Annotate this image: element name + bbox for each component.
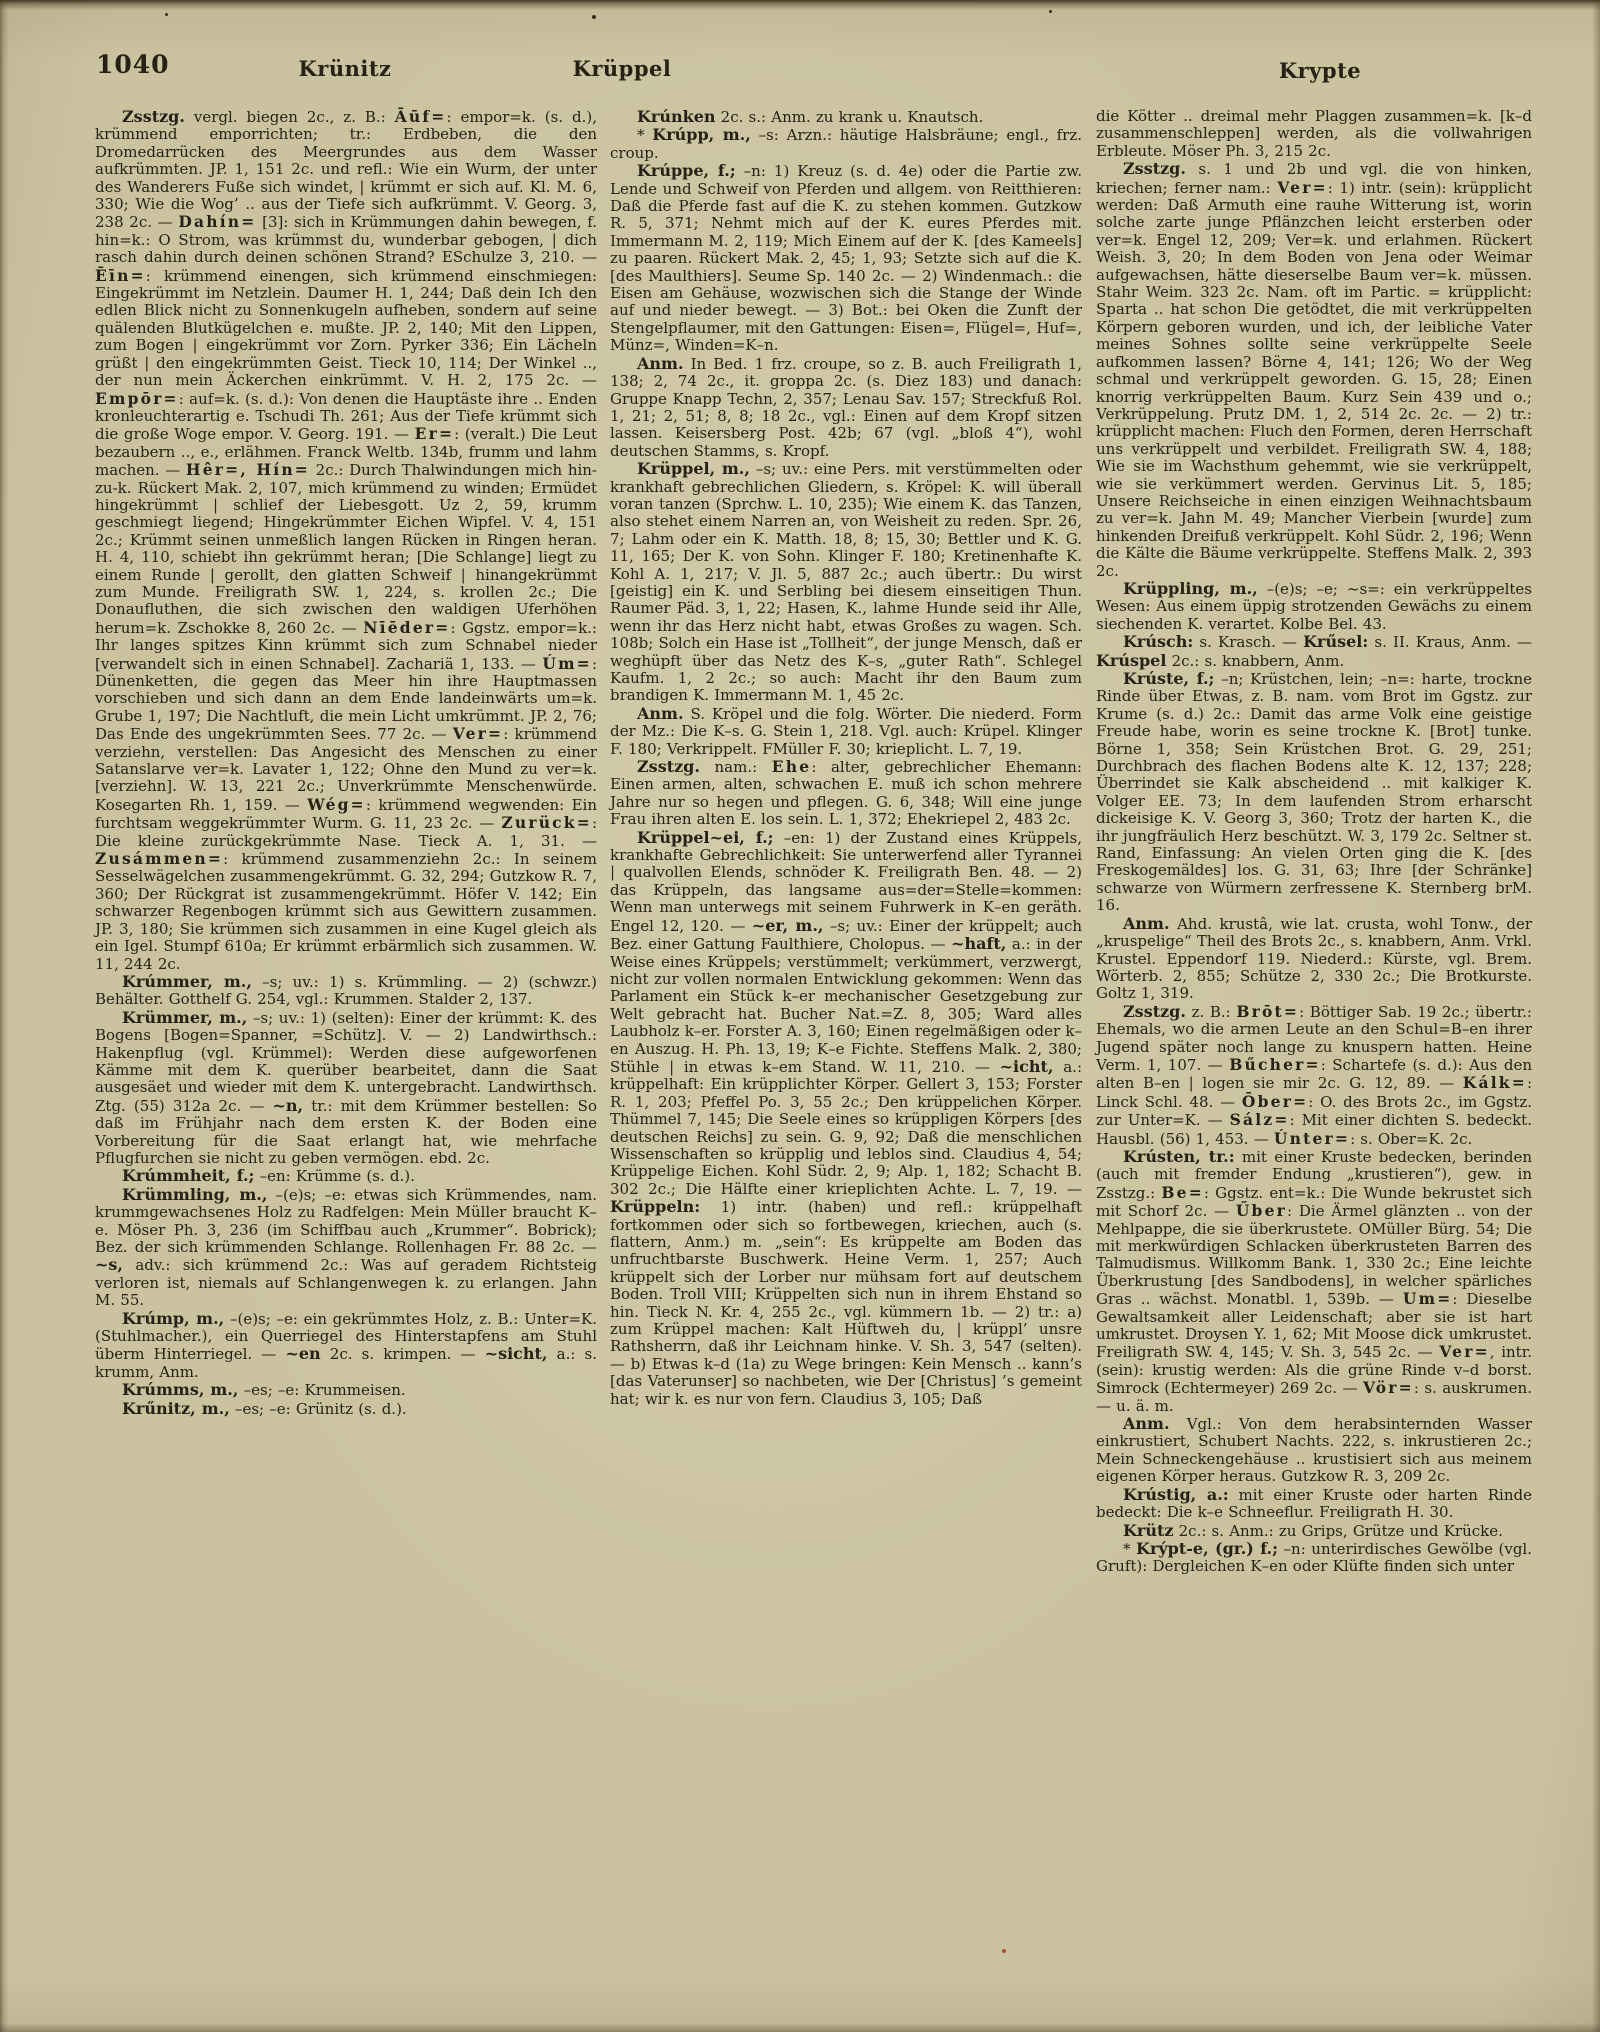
dictionary-paragraph: Anm. Vgl.: Von dem herabsinternden Wasse…: [1096, 1415, 1532, 1486]
dictionary-paragraph: Krüppel~ei, f.; –en: 1) der Zustand eine…: [610, 829, 1082, 1408]
dictionary-paragraph: Krúmp, m., –(e)s; –e: ein gekrümmtes Hol…: [95, 1310, 597, 1382]
entry-headword: ~s,: [95, 1255, 123, 1274]
ink-speck: [592, 15, 596, 19]
entry-headword: Anm.: [1123, 914, 1170, 933]
entry-headword: Zsstzg.: [1123, 159, 1186, 178]
compound-headword: Āūf=: [395, 107, 447, 126]
compound-headword: Sálz=: [1230, 1110, 1290, 1129]
compound-headword: Hêr=, Hín=: [186, 460, 310, 479]
entry-headword: Krúpp, m.,: [652, 125, 751, 144]
dictionary-paragraph: Krústig, a.: mit einer Kruste oder harte…: [1096, 1486, 1532, 1522]
red-speck: [1002, 1949, 1006, 1953]
dictionary-paragraph: Zsstzg. s. 1 und 2b und vgl. die von hin…: [1096, 160, 1532, 580]
dictionary-paragraph: Krüppling, m., –(e)s; –e; ~s=: ein verkr…: [1096, 580, 1532, 633]
dictionary-paragraph: Krúmmer, m., –s; uv.: 1) s. Krümmling. —…: [95, 973, 597, 1009]
compound-headword: Zusámmen=: [95, 849, 223, 868]
dictionary-paragraph: Zsstzg. vergl. biegen 2c., z. B.: Āūf=: …: [95, 108, 597, 973]
entry-headword: ~icht,: [1000, 1057, 1054, 1076]
dictionary-paragraph: Anm. In Bed. 1 frz. croupe, so z. B. auc…: [610, 355, 1082, 460]
compound-headword: Empōr=: [95, 389, 179, 408]
entry-headword: Anm.: [637, 704, 684, 723]
entry-headword: Anm.: [637, 354, 684, 373]
entry-headword: Krúnken: [637, 107, 716, 126]
dictionary-paragraph: Krúppe, f.; –n: 1) Kreuz (s. d. 4e) oder…: [610, 162, 1082, 354]
entry-headword: Krúmmer, m.,: [122, 972, 252, 991]
entry-headword: Krüppel, m.,: [637, 459, 750, 478]
entry-headword: Krúste, f.;: [1123, 669, 1214, 688]
entry-headword: Krüppeln:: [610, 1197, 700, 1216]
entry-headword: Krúmms, m.,: [122, 1380, 238, 1399]
dictionary-paragraph: Krúste, f.; –n; Krüstchen, lein; –n=: ha…: [1096, 670, 1532, 915]
ink-speck: [165, 13, 168, 16]
compound-headword: Ēīn=: [95, 266, 146, 285]
entry-headword: Krüppel~ei, f.;: [637, 828, 774, 847]
dictionary-paragraph: Krúsch: s. Krasch. — Krűsel: s. II. Krau…: [1096, 633, 1532, 670]
dictionary-paragraph: Krűnitz, m., –es; –e: Grünitz (s. d.).: [95, 1400, 597, 1418]
dictionary-paragraph: Krústen, tr.: mit einer Kruste bedecken,…: [1096, 1148, 1532, 1415]
compound-headword: Ver=: [1277, 178, 1327, 197]
dictionary-paragraph: Krüppel, m., –s; uv.: eine Pers. mit ver…: [610, 460, 1082, 705]
entry-headword: Krűnitz, m.,: [122, 1399, 230, 1418]
dictionary-paragraph: * Krúpp, m., –s: Arzn.: häutige Halsbräu…: [610, 126, 1082, 162]
entry-headword: Krúspel: [1096, 651, 1166, 670]
compound-headword: Vör=: [1363, 1378, 1414, 1397]
text-column-left: Zsstzg. vergl. biegen 2c., z. B.: Āūf=: …: [95, 108, 597, 1418]
dictionary-paragraph: Anm. S. Kröpel und die folg. Wörter. Die…: [610, 705, 1082, 758]
entry-headword: ~sicht,: [485, 1344, 548, 1363]
entry-headword: ~en: [285, 1344, 320, 1363]
entry-headword: Krústen, tr.:: [1123, 1147, 1235, 1166]
entry-headword: Krütz: [1123, 1521, 1173, 1540]
text-column-right: die Kötter .. dreimal mehr Plaggen zusam…: [1096, 108, 1532, 1576]
entry-headword: Zsstzg.: [637, 757, 700, 776]
compound-headword: Űber: [1236, 1201, 1287, 1220]
entry-headword: ~haft,: [951, 934, 1006, 953]
compound-headword: Únter=: [1274, 1129, 1350, 1148]
entry-headword: Krýpt-e, (gr.) f.;: [1136, 1539, 1278, 1558]
running-head-kruenitz: Krünitz: [299, 56, 392, 81]
dictionary-paragraph: Krümmer, m., –s; uv.: 1) (selten): Einer…: [95, 1009, 597, 1168]
entry-headword: Krúppe, f.;: [637, 161, 736, 180]
running-head-krypte: Krypte: [1279, 58, 1361, 83]
running-head-krueppel: Krüppel: [573, 56, 672, 81]
entry-headword: Anm.: [1123, 1414, 1170, 1433]
compound-headword: Brōt=: [1236, 1002, 1299, 1021]
dictionary-paragraph: Krütz 2c.: s. Anm.: zu Grips, Grütze und…: [1096, 1522, 1532, 1540]
entry-headword: ~er, m.,: [752, 916, 824, 935]
compound-headword: Ehe: [772, 757, 812, 776]
compound-headword: Er=: [415, 424, 455, 443]
compound-headword: Wég=: [307, 795, 366, 814]
entry-headword: Zsstzg.: [122, 107, 185, 126]
compound-headword: Kálk=: [1463, 1073, 1527, 1092]
entry-headword: Krümmling, m.,: [122, 1185, 267, 1204]
entry-headword: Krümmer, m.,: [122, 1008, 247, 1027]
compound-headword: Zurück=: [501, 813, 592, 832]
dictionary-paragraph: die Kötter .. dreimal mehr Plaggen zusam…: [1096, 108, 1532, 160]
entry-headword: Zsstzg.: [1123, 1002, 1186, 1021]
entry-headword: Krústig, a.:: [1123, 1485, 1229, 1504]
dictionary-paragraph: Krúmms, m., –es; –e: Krummeisen.: [95, 1381, 597, 1399]
compound-headword: Dahín=: [178, 212, 256, 231]
dictionary-paragraph: Zsstzg. z. B.: Brōt=: Böttiger Sab. 19 2…: [1096, 1003, 1532, 1148]
dictionary-paragraph: Krúmmheit, f.; –en: Krümme (s. d.).: [95, 1167, 597, 1185]
dictionary-paragraph: Anm. Ahd. krustâ, wie lat. crusta, wohl …: [1096, 915, 1532, 1003]
compound-headword: Nīēder=: [363, 618, 450, 637]
entry-headword: Krüppling, m.,: [1123, 579, 1258, 598]
dictionary-paragraph: Krümmling, m., –(e)s; –e: etwas sich Krü…: [95, 1186, 597, 1310]
text-column-middle: Krúnken 2c. s.: Anm. zu krank u. Knautsc…: [610, 108, 1082, 1408]
entry-headword: Krúmmheit, f.;: [122, 1166, 254, 1185]
compound-headword: Um=: [1403, 1289, 1453, 1308]
compound-headword: Bűcher=: [1229, 1055, 1321, 1074]
dictionary-paragraph: Zsstzg. nam.: Ehe: alter, gebrechlicher …: [610, 758, 1082, 829]
entry-headword: Krúsch:: [1123, 632, 1193, 651]
page-number: 1040: [96, 50, 170, 79]
dictionary-paragraph: * Krýpt-e, (gr.) f.; –n: unterirdisches …: [1096, 1540, 1532, 1576]
compound-headword: Ver=: [1439, 1342, 1489, 1361]
compound-headword: Be=: [1161, 1183, 1204, 1202]
ink-speck: [1049, 10, 1052, 13]
entry-headword: ~n,: [272, 1096, 303, 1115]
compound-headword: Úm=: [542, 654, 592, 673]
entry-headword: Krúmp, m.,: [122, 1309, 224, 1328]
compound-headword: Ōber=: [1242, 1092, 1308, 1111]
compound-headword: Ver=: [453, 724, 503, 743]
dictionary-page-scan: { "theme": { "paper_color": "#cbc3a0", "…: [0, 0, 1600, 2032]
dictionary-paragraph: Krúnken 2c. s.: Anm. zu krank u. Knautsc…: [610, 108, 1082, 126]
entry-headword: Krűsel:: [1303, 632, 1368, 651]
